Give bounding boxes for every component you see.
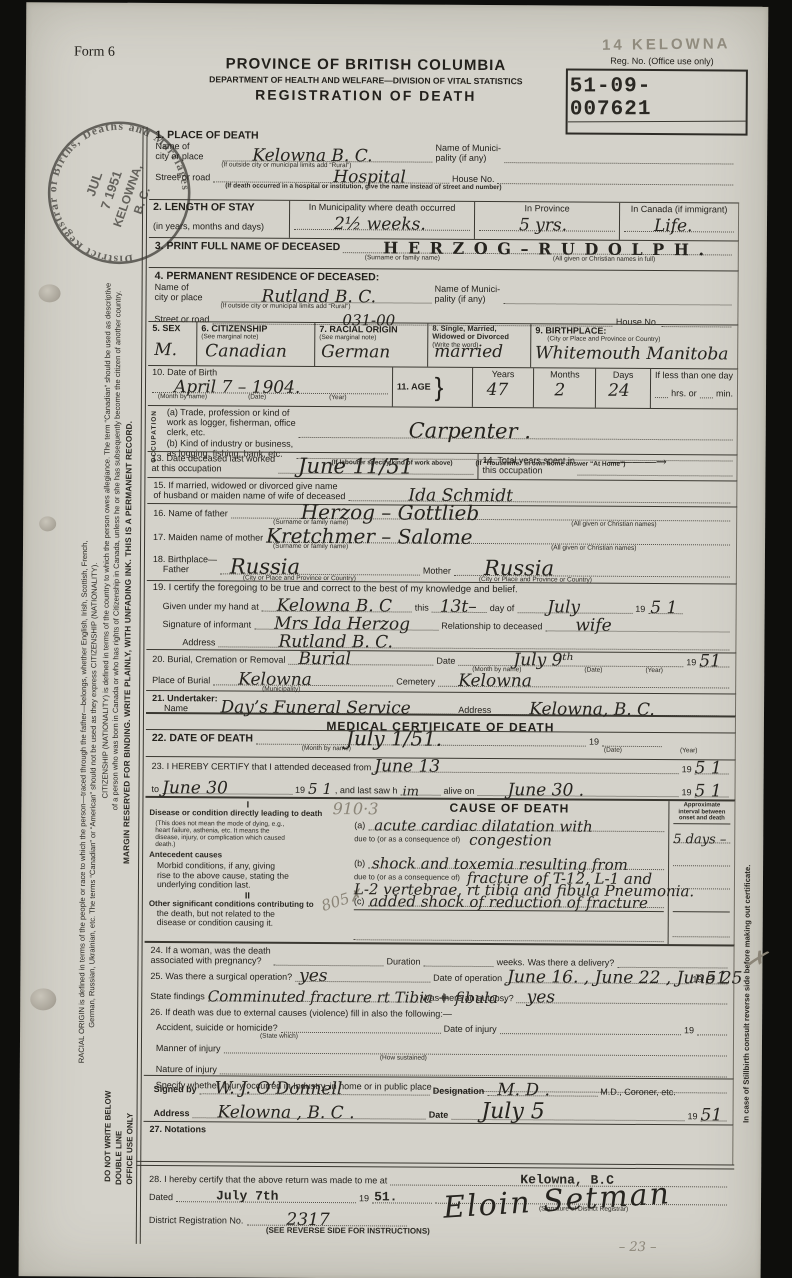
last-seen-year-value: 5 1 — [694, 783, 721, 800]
section-parents-birthplace: 18. Birthplace—Father Russia Mother Russ… — [147, 552, 737, 584]
margin-citizenship-line2: of a person who was born in Canada or wh… — [110, 291, 122, 811]
s20-date-note: (Date) — [584, 667, 602, 674]
cause-left-column: I Disease or condition directly leading … — [145, 798, 351, 942]
field-cause-b: shock and toxemia resulting from — [368, 856, 664, 870]
age-years-value: 47 — [487, 382, 509, 399]
margin-stillbirth-note: In case of Stillbirth consult reverse si… — [742, 865, 753, 1123]
cause-of-death-table: I Disease or condition directly leading … — [145, 796, 736, 945]
field-house-no — [498, 172, 734, 185]
field-operation-dates: June 16. , June 22 , June 25 — [505, 971, 689, 984]
field-operation-year: 51 — [705, 972, 727, 984]
s20-place-of-burial-label: Place of Burial — [152, 675, 210, 685]
residence-street-value: 031-00 — [342, 313, 395, 328]
field-father-name: Herzog – Gottlieb — [231, 506, 731, 521]
section-birthdate-age: 10. Date of Birth April 7 – 1904. (Month… — [148, 365, 738, 409]
s26-nature-label: Nature of injury — [156, 1064, 217, 1074]
field-findings: Comminuted fracture rt Tibia + fibula . — [208, 989, 419, 1002]
occupation-side-label-cell: OCCUPATION — [148, 406, 163, 451]
physician-date-value: July 5 — [481, 1101, 545, 1123]
given-month-value: July — [547, 599, 580, 616]
s26-title: 26. If death was due to external causes … — [150, 1007, 727, 1021]
section-residence: 4. PERMANENT RESIDENCE OF DECEASED: Name… — [148, 267, 738, 325]
cause-a-due-value: congestion — [469, 833, 552, 849]
s19-19: 19 — [635, 603, 645, 613]
field-cause-c: added shock of reduction of fracture — [367, 894, 664, 908]
cause-disease-title: Disease or condition directly leading to… — [149, 809, 346, 819]
undertaker-address-value: Kelowna, B. C. — [529, 701, 655, 719]
residence-city-value: Rutland B. C. — [261, 289, 376, 307]
s19-given-label: Given under my hand at — [163, 601, 259, 612]
s13-label: 13. Date deceased last workedat this occ… — [151, 453, 275, 474]
death-registration-form: Form 6 District Registrar of Births, Dea… — [19, 2, 769, 1278]
section-occupation: OCCUPATION (a) Trade, profession or kind… — [148, 405, 738, 455]
date-of-death-value: July 1/51. — [346, 728, 442, 749]
s20-19: 19 — [686, 657, 696, 667]
field-residence-city: Rutland B. C. — [222, 291, 432, 304]
given-year-value: 5 1 — [650, 600, 677, 617]
s25-label: 25. Was there a surgical operation? — [150, 971, 292, 982]
s22-19: 19 — [589, 737, 599, 747]
section-attended-deceased: 23. I HEREBY CERTIFY that I attended dec… — [145, 756, 735, 800]
field-date-of-death: July 1/51. — [256, 733, 586, 747]
s19-dayof: day of — [490, 603, 515, 613]
attended-to-value: June 30 — [162, 780, 228, 797]
cause-c-value: added shock of reduction of fracture — [369, 894, 648, 911]
s23-label: 23. I HEREBY CERTIFY that I attended dec… — [152, 761, 372, 772]
s4-muni-label: Name of Munici-pality (if any) — [435, 284, 501, 305]
stay-municipality-value: 2½ weeks. — [334, 216, 426, 234]
s28-label: 28. I hereby certify that the above retu… — [149, 1174, 387, 1186]
md-coroner-label: M.D., Coroner, etc. — [600, 1087, 676, 1098]
s22-month-note: (Month by name) — [302, 745, 351, 752]
birthdate-value: April 7 – 1904. — [174, 379, 300, 397]
s18-label: 18. Birthplace—Father — [153, 554, 217, 575]
field-mother-name: Kretchmer – Salome — [266, 531, 730, 546]
field-given-at: Kelowna B. C — [262, 599, 412, 612]
s24-label: 24. If a woman, was the deathassociated … — [150, 945, 270, 966]
s7-racial-origin-cell: 7. RACIAL ORIGIN(See marginal note) Germ… — [314, 323, 427, 367]
marital-status-value: married — [434, 343, 503, 360]
s2-title-cell: 2. LENGTH OF STAY (in years, months and … — [149, 200, 289, 238]
s15-label: 15. If married, widowed or divorced give… — [153, 480, 345, 501]
header-department: DEPARTMENT OF HEALTH AND WELFARE—DIVISIO… — [176, 74, 556, 86]
field-deceased-name: H E R Z O G – R U D O L P H . — [343, 241, 732, 255]
punch-hole — [39, 516, 56, 531]
s26-accident-label: Accident, suicide or homicide? — [156, 1022, 278, 1033]
field-delivery — [617, 956, 727, 969]
s24-duration-label: Duration — [387, 956, 421, 966]
burial-type-value: Burial — [298, 651, 351, 668]
s20-year-note: (Year) — [645, 667, 663, 674]
field-other-conditions — [354, 928, 664, 942]
relationship-value: wife — [575, 617, 611, 634]
cemetery-value: Kelowna — [458, 673, 532, 690]
physician-signature-value: W. J. O’Donnell — [215, 1080, 343, 1098]
district-reg-no-value: 2317 — [286, 1212, 329, 1229]
father-name-value: Herzog – Gottlieb — [301, 502, 480, 523]
field-attended-from: June 13 — [374, 760, 678, 774]
field-him: im — [400, 783, 440, 795]
s22-title: 22. DATE OF DEATH — [152, 732, 253, 745]
field-attended-to: June 30 — [162, 782, 292, 795]
racial-origin-value: German — [321, 344, 390, 361]
margin-do-not-write: DO NOT WRITE BELOW — [103, 1091, 113, 1182]
reg-no-box: 51-09- 007621 — [566, 68, 748, 135]
s5-sex-cell: 5. SEX M. — [148, 322, 196, 365]
field-cause-a: acute cardiac dilatation with — [368, 818, 664, 832]
s22-year-note: (Year) — [680, 747, 698, 754]
field-given-day: 13t– — [432, 600, 487, 612]
field-residence-municipality — [503, 292, 732, 305]
field-relationship: wife — [545, 619, 729, 632]
margin-office-use-only: OFFICE USE ONLY — [125, 1113, 134, 1185]
field-last-seen-year: 5 1 — [694, 785, 728, 797]
section-informant-certification: 19. I certify the foregoing to be true a… — [146, 580, 736, 653]
reg-no-label: Reg. No. (Office use only) — [582, 56, 742, 67]
mother-birthplace-value: Russia — [484, 558, 554, 579]
cause-other-3: disease or condition causing it. — [157, 918, 346, 929]
field-years-in-occupation: ————→ — [578, 464, 733, 477]
return-year-value: 51. — [374, 1189, 397, 1204]
section-external-causes: 26. If death was due to external causes … — [144, 1005, 734, 1079]
s19-certify-text: 19. I certify the foregoing to be true a… — [153, 583, 730, 597]
field-physician-address: Kelowna , B. C . — [193, 1106, 426, 1119]
last-seen-value: June 30 . — [507, 782, 584, 799]
s25-findings-label: State findings — [150, 991, 205, 1001]
kelowna-14-stamp: 14 KELOWNA — [602, 35, 731, 53]
field-manner — [223, 1042, 727, 1057]
s2-canada-cell: In Canada (if immigrant) Life. — [619, 203, 738, 241]
section-place-of-death: 1. PLACE OF DEATH Name ofcity or place K… — [149, 127, 739, 203]
section-length-of-stay: 2. LENGTH OF STAY (in years, months and … — [149, 199, 739, 241]
field-date-last-worked: June 11/51 — [278, 462, 473, 475]
s8-marital-cell: 8. Single, Married, Widowed or Divorced … — [427, 324, 530, 368]
s11-less-than-day-cell: If less than one day hrs. or min. — [650, 369, 737, 409]
field-attended-from-year: 5 1 — [695, 762, 729, 774]
section-mother-name: 17. Maiden name of mother Kretchmer – Sa… — [147, 528, 737, 556]
trade-value: Carpenter . — [409, 421, 531, 443]
sex-value: M. — [154, 342, 177, 359]
section-surgical-operation: 25. Was there a surgical operation? yes … — [144, 967, 734, 1009]
designation-value: M. D . — [497, 1082, 550, 1099]
s28-dated-label: Dated — [149, 1192, 173, 1202]
field-municipality — [504, 151, 734, 164]
s27-title: 27. Notations — [149, 1124, 726, 1138]
s6-citizenship-cell: 6. CITIZENSHIP(See marginal note) Canadi… — [196, 322, 314, 366]
field-last-seen-date: June 30 . — [477, 784, 678, 797]
field-autopsy: yes — [517, 991, 728, 1004]
s19-relationship-label: Relationship to deceased — [441, 620, 542, 631]
s23-19b: 19 — [295, 785, 305, 795]
s16-label: 16. Name of father — [153, 508, 228, 519]
s20-date-label: Date — [436, 656, 455, 666]
field-injury-year — [697, 1023, 727, 1035]
section-undertaker: 21. Undertaker:Name Day’s Funeral Servic… — [146, 690, 736, 716]
margin-racial-line2: German, Russian, Ukrainian, etc. The ter… — [87, 563, 99, 1028]
s20-label: 20. Burial, Cremation or Removal — [152, 654, 285, 665]
age-months-value: 2 — [554, 383, 565, 400]
field-father-birthplace: Russia — [220, 563, 420, 576]
field-physician-year: 51 — [701, 1109, 727, 1121]
section-date-of-death: 22. DATE OF DEATH July 1/51. 19 (Month b… — [146, 729, 736, 760]
section-sex-citizenship-origin: 5. SEX M. 6. CITIZENSHIP(See marginal no… — [148, 321, 738, 369]
burial-date-value: July 9ᵗʰ — [513, 652, 574, 669]
s21-label: 21. Undertaker:Name — [152, 693, 218, 714]
mother-name-value: Kretchmer – Salome — [266, 526, 473, 547]
field-injury-date — [500, 1022, 681, 1035]
field-operation: yes — [295, 970, 430, 983]
s11-years-cell: Years 47 — [472, 368, 534, 407]
field-city-of-death: Kelowna B. C. — [222, 150, 432, 163]
physician-address-value: Kelowna , B. C . — [218, 1104, 355, 1122]
s17-label: 17. Maiden name of mother — [153, 532, 263, 543]
s11-age-label-cell: 11. AGE } — [392, 367, 472, 406]
s9-birthplace-cell: 9. BIRTHPLACE:(City or Place and Provinc… — [530, 324, 737, 368]
field-given-year: 5 1 — [648, 602, 682, 614]
field-district-reg-no: 2317 — [246, 1214, 406, 1227]
cause-header: CAUSE OF DEATH — [354, 800, 664, 816]
s26-19: 19 — [684, 1025, 694, 1035]
section-name-of-deceased: 3. PRINT FULL NAME OF DECEASED H E R Z O… — [149, 237, 739, 271]
field-informant-address: Rutland B. C. — [218, 635, 729, 650]
informant-signature-value: Mrs Ida Herzog — [274, 615, 410, 633]
cause-middle-column: CAUSE OF DEATH (a) acute cardiac dilatat… — [350, 799, 669, 944]
s23-19a: 19 — [682, 764, 692, 774]
field-physician-date: July 5 — [451, 1108, 684, 1121]
field-duration — [424, 955, 494, 967]
s12-trade-label: (a) Trade, profession or kind ofwork as … — [167, 407, 296, 438]
field-designation: M. D . — [487, 1084, 597, 1097]
street-value: Hospital — [333, 169, 406, 186]
signed-by-label: Signed by — [154, 1084, 197, 1094]
form-header: PROVINCE OF BRITISH COLUMBIA DEPARTMENT … — [176, 55, 556, 104]
physician-year-value: 51 — [701, 1107, 723, 1124]
city-of-death-value: Kelowna B. C. — [252, 148, 372, 166]
field-pregnancy — [274, 954, 384, 967]
s28-drn-label: District Registration No. — [149, 1215, 244, 1226]
years-in-occupation-mark: ————→ — [608, 456, 666, 469]
field-burial-date: July 9ᵗʰ — [458, 654, 683, 667]
interval-value: 5 days – — [673, 833, 726, 846]
s3-title: 3. PRINT FULL NAME OF DECEASED — [155, 240, 340, 253]
physician-date-label: Date — [429, 1110, 449, 1120]
header-province: PROVINCE OF BRITISH COLUMBIA — [176, 55, 556, 74]
cause-a-prefix: (a) — [354, 820, 365, 830]
place-of-burial-value: Kelowna — [238, 672, 312, 689]
field-death-year — [602, 735, 662, 747]
field-given-month: July — [517, 601, 632, 614]
s23-last-saw: , and last saw h — [335, 785, 398, 795]
designation-label: Designation — [433, 1086, 485, 1096]
s10-birthdate-cell: 10. Date of Birth April 7 – 1904. (Month… — [148, 366, 392, 406]
cause-a-due-label: due to (or as a consequence of) — [354, 835, 460, 844]
s28-19: 19 — [359, 1193, 369, 1203]
field-mother-birthplace: Russia — [454, 564, 730, 578]
burial-year-value: 51 — [699, 653, 721, 670]
s16-given-note: (All given or Christian names) — [571, 521, 656, 529]
cause-b-prefix: (b) — [354, 858, 365, 868]
s1-street-label: Street or road — [155, 172, 210, 182]
field-burial-type: Burial — [288, 653, 433, 666]
s25-date-label: Date of operation — [433, 973, 502, 983]
reg-no-value: 51-09- 007621 — [568, 71, 746, 123]
father-birthplace-value: Russia — [230, 557, 300, 578]
s19-this: this — [415, 602, 429, 612]
section-notations: 27. Notations — [143, 1121, 733, 1165]
cause-note-3: disease, injury, or complication which c… — [155, 834, 346, 842]
s2-municipality-cell: In Municipality where death occurred 2½ … — [289, 201, 474, 239]
s22-date-note: (Date) — [604, 747, 622, 754]
field-return-year: 51. — [372, 1191, 432, 1203]
operation-year-value: 51 — [705, 970, 727, 987]
undertaker-name-value: Day’s Funeral Service — [221, 700, 411, 718]
autopsy-value: yes — [527, 989, 555, 1006]
s23-19c: 19 — [681, 787, 691, 797]
see-reverse-note: (SEE REVERSE SIDE FOR INSTRUCTIONS) — [149, 1226, 547, 1237]
cause-interval-column: Approximate interval between onset and d… — [668, 801, 735, 944]
header-title: REGISTRATION OF DEATH — [176, 86, 556, 104]
cause-antecedent-3: underlying condition last. — [157, 880, 346, 891]
given-at-value: Kelowna B. C — [277, 597, 392, 615]
deceased-name-value: H E R Z O G – R U D O L P H . — [383, 240, 706, 258]
s17-given-note: (All given or Christian names) — [551, 544, 636, 552]
physician-address-label: Address — [154, 1108, 190, 1118]
s4-city-label: Name ofcity or place — [155, 282, 219, 303]
s14-label: 14. Total years spent inthis occupation — [482, 455, 575, 476]
attended-to-year-value: 5 1 — [308, 782, 332, 797]
s24-weeks-label: weeks. — [497, 957, 525, 967]
s23-alive-on: alive on — [443, 786, 474, 796]
s18-mother-label: Mother — [423, 566, 451, 576]
given-day-value: 13t– — [440, 598, 477, 615]
field-return-date: July 7th — [176, 1190, 356, 1203]
s11-months-cell: Months 2 — [533, 368, 595, 407]
birthplace-value: Whitemouth Manitoba — [535, 346, 728, 364]
interval-label-3: onset and death — [673, 815, 730, 824]
form-number: Form 6 — [74, 44, 115, 60]
s19-address-label: Address — [182, 637, 215, 647]
stay-canada-value: Life. — [654, 218, 693, 235]
section-last-worked: 13. Date deceased last workedat this occ… — [147, 451, 737, 481]
s1-muni-label: Name of Munici-pality (if any) — [435, 143, 501, 164]
pencil-x-mark: ✗ — [744, 943, 770, 975]
physician-19: 19 — [688, 1111, 698, 1121]
cause-note-4: death.) — [155, 841, 346, 849]
section-pregnancy: 24. If a woman, was the deathassociated … — [144, 941, 734, 971]
findings-value: Comminuted fracture rt Tibia + fibula . — [208, 989, 508, 1006]
s26-manner-label: Manner of injury — [156, 1043, 221, 1053]
section-burial: 20. Burial, Cremation or Removal Burial … — [146, 649, 736, 694]
margin-binding-note: MARGIN RESERVED FOR BINDING. WRITE PLAIN… — [122, 421, 134, 864]
field-physician-signature: W. J. O’Donnell — [200, 1082, 430, 1095]
age-brace: } — [435, 372, 444, 403]
margin-double-line: DOUBLE LINE — [114, 1131, 123, 1185]
age-days-value: 24 — [608, 383, 630, 400]
stay-province-value: 5 yrs. — [519, 217, 567, 234]
field-burial-year: 51 — [699, 655, 729, 667]
s20-cemetery-label: Cemetery — [396, 677, 435, 687]
section-physician-signature: Signed by W. J. O’Donnell Designation M.… — [144, 1075, 734, 1125]
attended-from-year-value: 5 1 — [695, 760, 722, 777]
s11-days-cell: Days 24 — [595, 369, 650, 408]
field-informant-signature: Mrs Ida Herzog — [254, 617, 438, 630]
s19-informant-label: Signature of informant — [163, 619, 252, 630]
field-street: Hospital — [213, 171, 449, 184]
operation-value: yes — [299, 968, 327, 985]
s26-injury-date-label: Date of injury — [444, 1024, 497, 1034]
s23-to: to — [152, 784, 160, 794]
return-date-value: July 7th — [216, 1188, 279, 1203]
s1-house-label: House No. — [452, 174, 495, 184]
pencil-page-number: – 23 – — [619, 1240, 657, 1255]
field-accident — [281, 1021, 441, 1034]
punch-hole — [30, 988, 56, 1010]
field-cemetery: Kelowna — [438, 675, 729, 689]
s1-city-label: Name ofcity or place — [155, 141, 219, 162]
date-last-worked-value: June 11/51 — [298, 456, 413, 478]
citizenship-value: Canadian — [205, 344, 287, 361]
field-place-of-burial: Kelowna — [213, 673, 393, 686]
section-registrar-certification: 28. I hereby certify that the above retu… — [143, 1166, 733, 1248]
him-value: im — [402, 786, 419, 799]
attended-from-value: June 13 — [374, 758, 440, 775]
s2-province-cell: In Province 5 yrs. — [474, 202, 619, 240]
